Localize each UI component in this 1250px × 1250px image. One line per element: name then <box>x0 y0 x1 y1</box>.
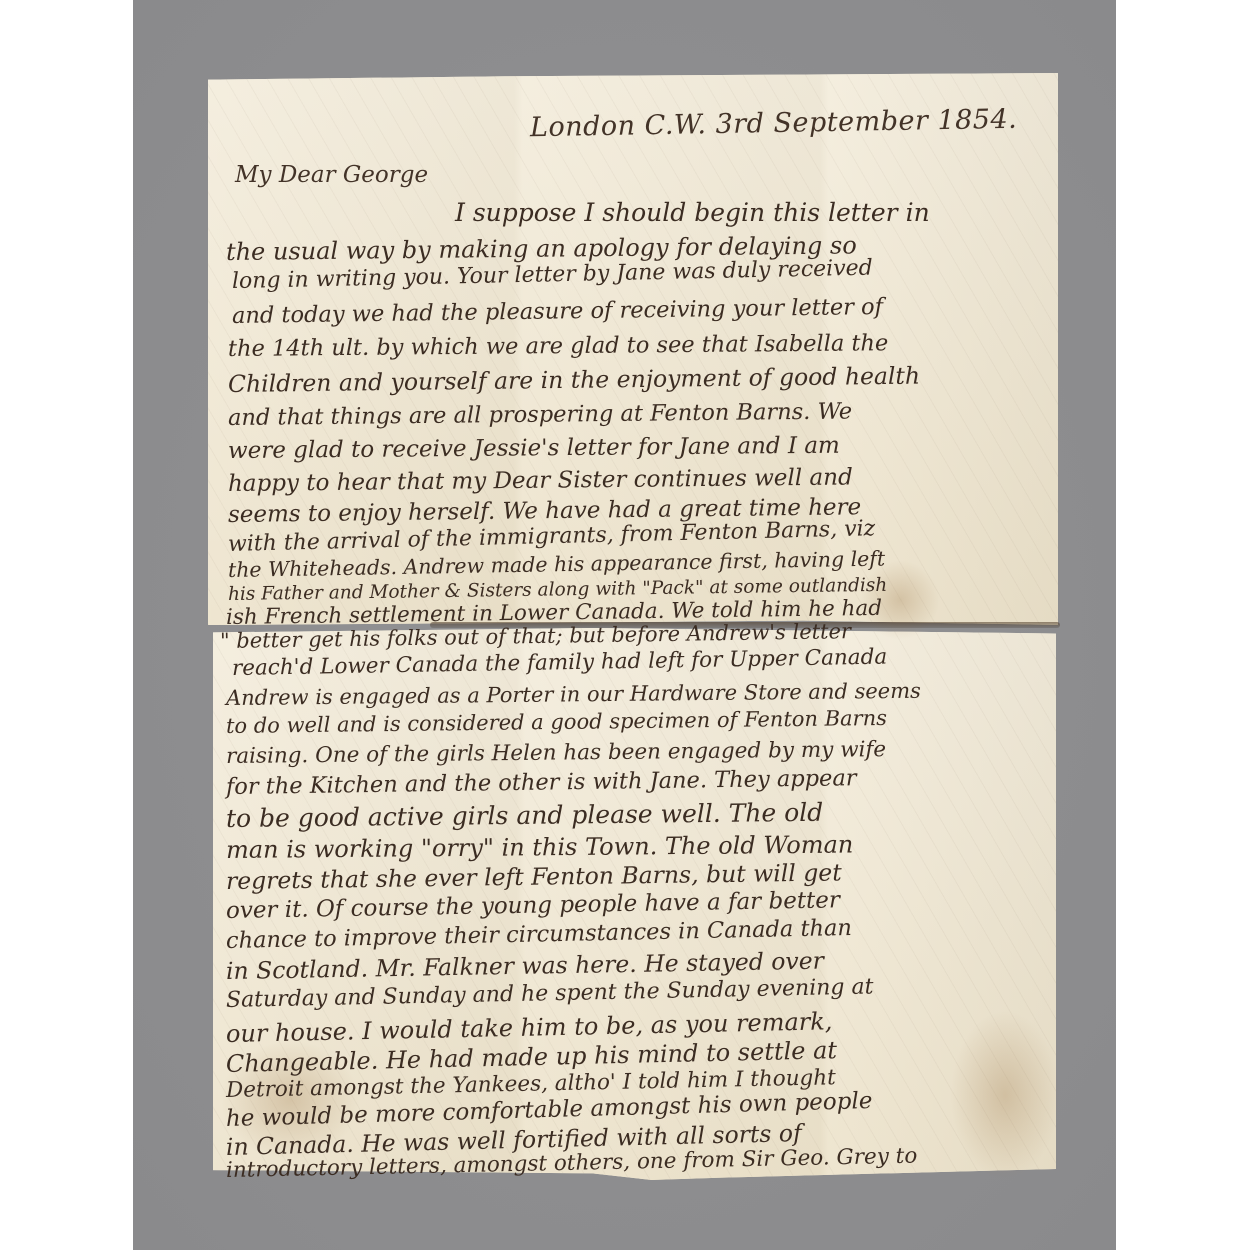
letter-line: I suppose I should begin this letter in <box>455 200 1250 225</box>
salutation: My Dear George <box>235 162 428 188</box>
